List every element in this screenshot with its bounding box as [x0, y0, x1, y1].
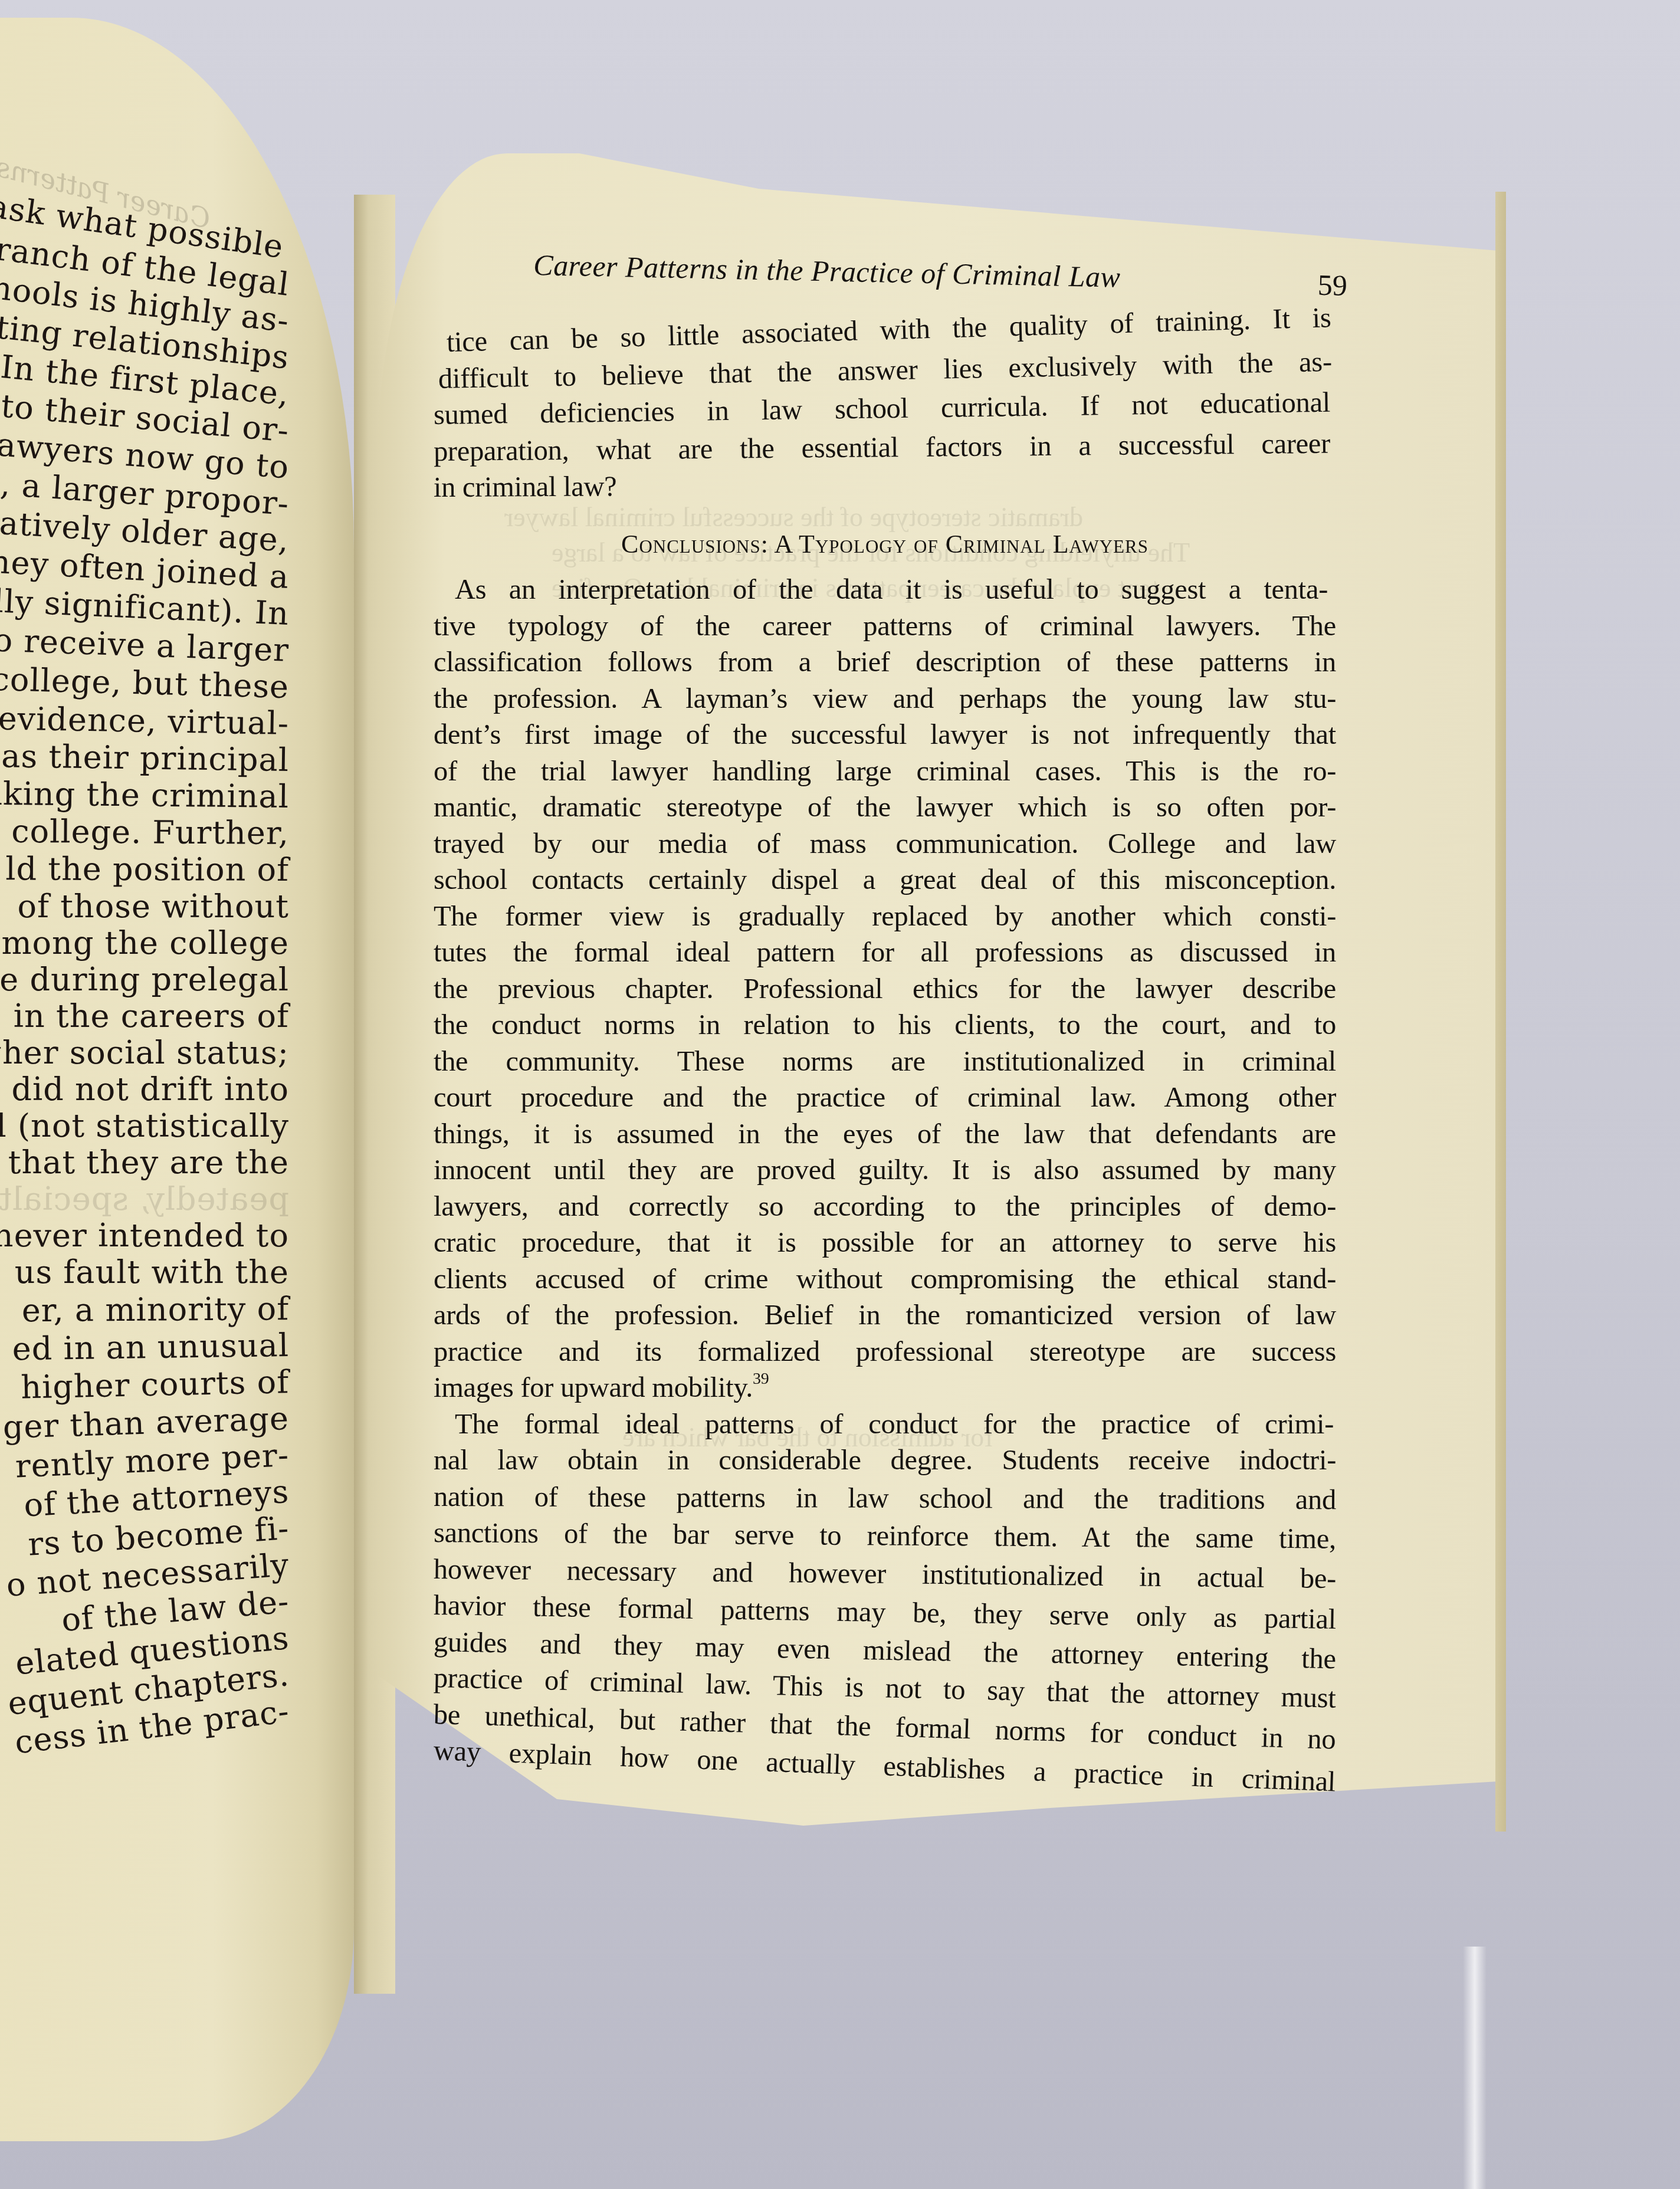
- left-line: er, a minority of: [0, 1291, 289, 1332]
- left-line: that they are the: [0, 1144, 289, 1181]
- text-line: tutes the formal ideal pattern for all p…: [434, 934, 1336, 971]
- text-line: of the trial lawyer handling large crimi…: [434, 753, 1336, 790]
- right-page-edge: [1495, 192, 1506, 1832]
- text-line: The former view is gradually replaced by…: [434, 898, 1336, 935]
- left-line: of those without: [0, 888, 289, 925]
- body-text: tice can be so little associated with th…: [434, 324, 1336, 1769]
- left-line: l (not statistically: [0, 1108, 289, 1144]
- text-line: nation of these patterns in law school a…: [434, 1479, 1336, 1518]
- text-line: classification follows from a brief desc…: [434, 644, 1336, 681]
- text-line: ards of the profession. Belief in the ro…: [434, 1297, 1336, 1334]
- text-line: cratic procedure, that it is possible fo…: [434, 1225, 1336, 1261]
- text-line: mantic, dramatic stereotype of the lawye…: [434, 789, 1336, 826]
- section-heading: Conclusions: A Typology of Criminal Lawy…: [434, 526, 1336, 563]
- text-line: The formal ideal patterns of conduct for…: [434, 1406, 1334, 1443]
- text-line: in criminal law?: [434, 465, 1336, 506]
- text-line: the previous chapter. Professional ethic…: [434, 971, 1336, 1007]
- left-line: ld the position of: [0, 849, 289, 888]
- text-line: preparation, what are the essential fact…: [434, 425, 1330, 470]
- footnote-marker[interactable]: 39: [753, 1370, 769, 1388]
- text-line: practice and its formalized professional…: [434, 1334, 1336, 1370]
- text-line: the profession. A layman’s view and perh…: [434, 681, 1336, 717]
- text-line: images for upward mobility.: [434, 1372, 753, 1403]
- table-glare: [1463, 1947, 1487, 2189]
- text-line: lawyers, and correctly so according to t…: [434, 1189, 1336, 1225]
- page-number: 59: [1317, 268, 1347, 303]
- text-line: the conduct norms in relation to his cli…: [434, 1007, 1336, 1043]
- text-line: tive typology of the career patterns of …: [434, 608, 1336, 645]
- left-line: mong the college: [0, 925, 289, 961]
- text-line: trayed by our media of mass communicatio…: [434, 826, 1336, 862]
- left-line: d college. Further,: [0, 810, 289, 852]
- left-page-text: y ask what possible branch of the legal …: [0, 230, 289, 1729]
- text-line-with-footnote: images for upward mobility.39: [434, 1370, 1336, 1406]
- text-line: innocent until they are proved guilty. I…: [434, 1152, 1336, 1189]
- left-line: us fault with the: [0, 1254, 289, 1291]
- text-line: nal law obtain in considerable degree. S…: [434, 1442, 1336, 1479]
- left-bleedthrough-line: peatedly, specialties: [0, 1181, 289, 1217]
- text-line: court procedure and the practice of crim…: [434, 1079, 1336, 1116]
- text-line: things, it is assumed in the eyes of the…: [434, 1116, 1336, 1153]
- left-line: in the careers of: [0, 998, 289, 1035]
- left-line: did not drift into: [0, 1071, 289, 1108]
- text-line: school contacts certainly dispel a great…: [434, 862, 1336, 898]
- left-line: gher social status;: [0, 1035, 289, 1071]
- left-page: Career Patterns y ask what possible bran…: [0, 18, 354, 2141]
- text-line: clients accused of crime without comprom…: [434, 1261, 1336, 1298]
- text-line: the community. These norms are instituti…: [434, 1043, 1336, 1080]
- left-line: liking the criminal: [0, 771, 289, 815]
- text-line: sanctions of the bar serve to reinforce …: [434, 1515, 1336, 1557]
- left-line: never intended to: [0, 1217, 289, 1254]
- left-line: e during prelegal: [0, 961, 289, 998]
- text-line: As an interpretation of the data it is u…: [434, 572, 1328, 608]
- text-line: dent’s first image of the successful law…: [434, 717, 1336, 753]
